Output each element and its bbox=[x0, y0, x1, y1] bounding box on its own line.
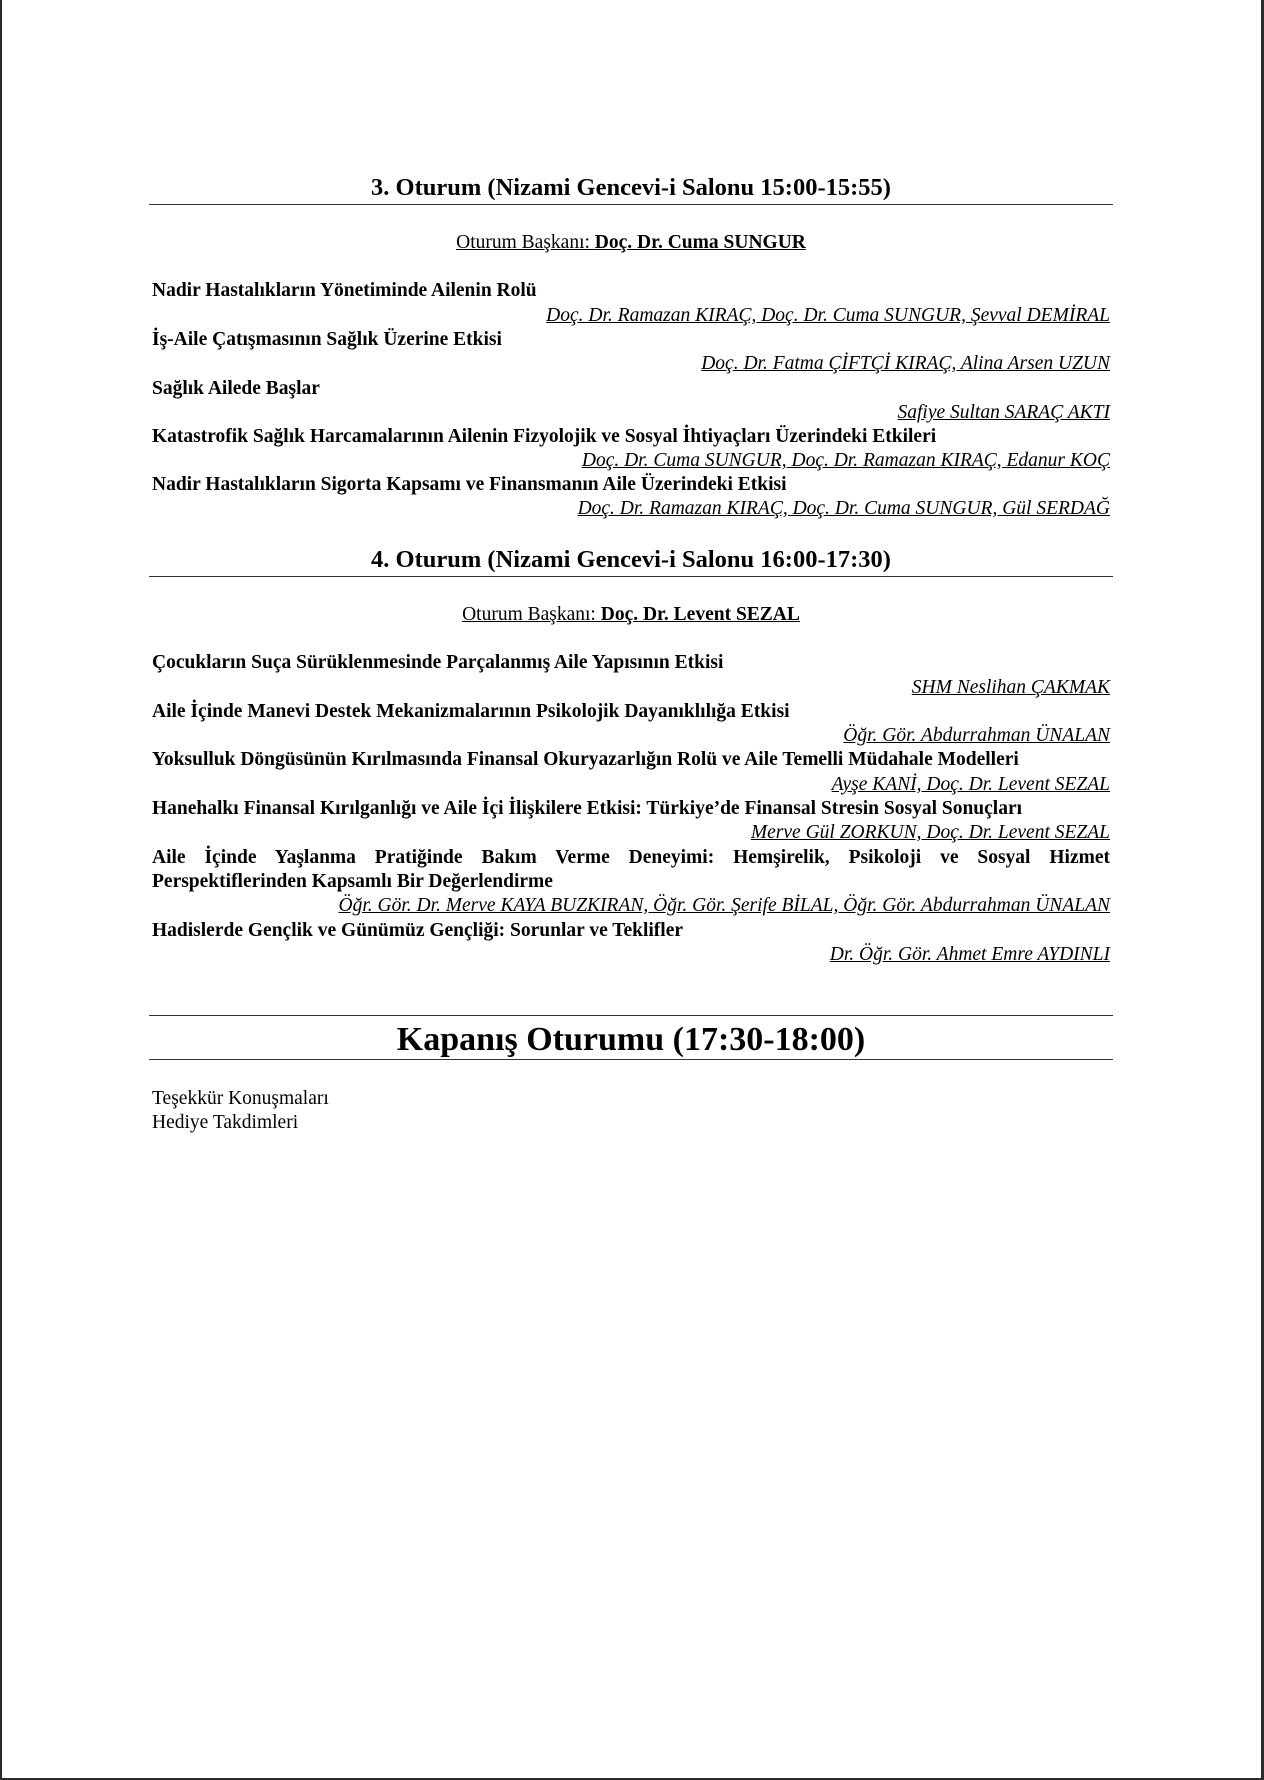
closing-item: Hediye Takdimleri bbox=[152, 1111, 298, 1135]
paper-title: Hanehalkı Finansal Kırılganlığı ve Aile … bbox=[152, 797, 1110, 821]
paper-authors: Doç. Dr. Ramazan KIRAÇ, Doç. Dr. Cuma SU… bbox=[152, 497, 1110, 521]
paper-authors: Doç. Dr. Cuma SUNGUR, Doç. Dr. Ramazan K… bbox=[152, 449, 1110, 473]
paper-title: Hadislerde Gençlik ve Günümüz Gençliği: … bbox=[152, 919, 1110, 943]
paper-authors: Dr. Öğr. Gör. Ahmet Emre AYDINLI bbox=[152, 943, 1110, 967]
closing-session-title: Kapanış Oturumu (17:30-18:00) bbox=[149, 1020, 1113, 1060]
chair-label: Oturum Başkanı: bbox=[456, 232, 595, 253]
paper-authors: Merve Gül ZORKUN, Doç. Dr. Levent SEZAL bbox=[152, 821, 1110, 845]
paper-authors: Doç. Dr. Fatma ÇİFTÇİ KIRAÇ, Alina Arsen… bbox=[152, 352, 1110, 376]
chair-label: Oturum Başkanı: bbox=[462, 604, 601, 625]
session-4-rule bbox=[149, 576, 1113, 577]
paper-title: Aile İçinde Yaşlanma Pratiğinde Bakım Ve… bbox=[152, 846, 1110, 894]
closing-rule-bottom bbox=[149, 1059, 1113, 1060]
paper-title: Aile İçinde Manevi Destek Mekanizmaların… bbox=[152, 700, 1110, 724]
chair-name: Doç. Dr. Cuma SUNGUR bbox=[595, 232, 806, 253]
paper-authors: Öğr. Gör. Abdurrahman ÜNALAN bbox=[152, 724, 1110, 748]
paper-title: Nadir Hastalıkların Yönetiminde Ailenin … bbox=[152, 279, 1110, 303]
session-3-chair: Oturum Başkanı: Doç. Dr. Cuma SUNGUR bbox=[149, 231, 1113, 255]
paper-title: Yoksulluk Döngüsünün Kırılmasında Finans… bbox=[152, 748, 1110, 772]
paper-authors: Safiye Sultan SARAÇ AKTI bbox=[152, 401, 1110, 425]
paper-authors: SHM Neslihan ÇAKMAK bbox=[152, 676, 1110, 700]
paper-title: Çocukların Suça Sürüklenmesinde Parçalan… bbox=[152, 651, 1110, 675]
paper-authors: Öğr. Gör. Dr. Merve KAYA BUZKIRAN, Öğr. … bbox=[152, 894, 1110, 918]
paper-title: Nadir Hastalıkların Sigorta Kapsamı ve F… bbox=[152, 473, 1110, 497]
session-4-chair: Oturum Başkanı: Doç. Dr. Levent SEZAL bbox=[149, 603, 1113, 627]
paper-title: Sağlık Ailede Başlar bbox=[152, 377, 1110, 401]
session-4-title: 4. Oturum (Nizami Gencevi-i Salonu 16:00… bbox=[149, 545, 1113, 575]
closing-item: Teşekkür Konuşmaları bbox=[152, 1087, 329, 1111]
chair-name: Doç. Dr. Levent SEZAL bbox=[601, 604, 800, 625]
paper-title: Katastrofik Sağlık Harcamalarının Aileni… bbox=[152, 425, 1110, 449]
session-3-rule bbox=[149, 204, 1113, 205]
paper-title: İş-Aile Çatışmasının Sağlık Üzerine Etki… bbox=[152, 328, 1110, 352]
closing-rule-top bbox=[149, 1015, 1113, 1016]
session-3-title: 3. Oturum (Nizami Gencevi-i Salonu 15:00… bbox=[149, 173, 1113, 203]
paper-authors: Doç. Dr. Ramazan KIRAÇ, Doç. Dr. Cuma SU… bbox=[152, 304, 1110, 328]
paper-authors: Ayşe KANİ, Doç. Dr. Levent SEZAL bbox=[152, 773, 1110, 797]
